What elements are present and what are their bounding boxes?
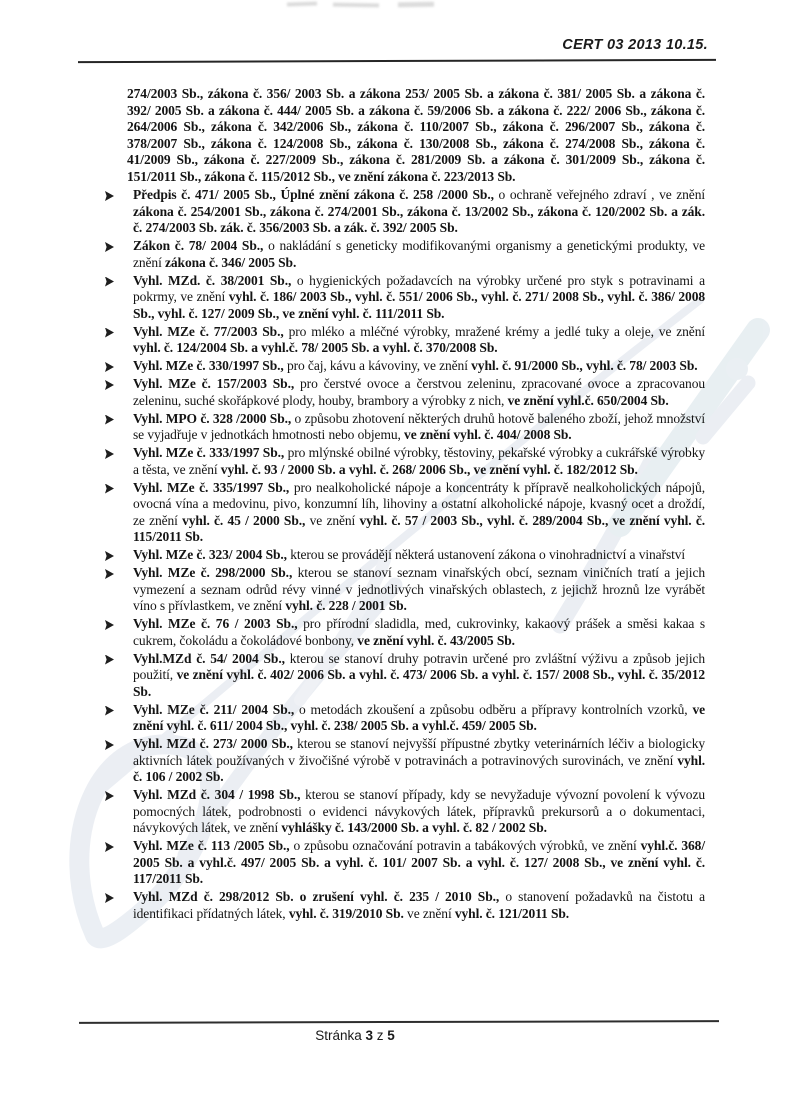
list-item: Vyhl. MZd č. 304 / 1998 Sb., kterou se s…: [127, 787, 705, 837]
list-item-text: Vyhl. MZe č. 335/1997 Sb., pro nealkohol…: [133, 480, 705, 545]
bullet-arrowhead-icon: [105, 551, 114, 561]
list-item: Předpis č. 471/ 2005 Sb., Úplné znění zá…: [127, 187, 705, 237]
list-item: Vyhl. MZe č. 333/1997 Sb., pro mlýnské o…: [127, 445, 705, 478]
list-item: Vyhl. MZe č. 113 /2005 Sb., o způsobu oz…: [127, 838, 705, 888]
list-item-text: Vyhl. MZe č. 76 / 2003 Sb., pro přírodní…: [133, 616, 705, 648]
bullet-arrowhead-icon: [105, 655, 114, 665]
footer-divider: [79, 1020, 719, 1024]
header-doc-code: CERT 03 2013 10.15.: [562, 37, 708, 53]
list-item-text: Vyhl. MZe č. 333/1997 Sb., pro mlýnské o…: [133, 445, 705, 477]
bullet-arrowhead-icon: [105, 380, 114, 390]
scan-artifact: [287, 1, 317, 6]
list-item: Vyhl. MZe č. 77/2003 Sb., pro mléko a ml…: [127, 324, 705, 357]
bullet-arrowhead-icon: [105, 191, 114, 201]
bullet-arrowhead-icon: [105, 706, 114, 716]
list-item: Vyhl. MZe č. 335/1997 Sb., pro nealkohol…: [127, 480, 705, 546]
intro-paragraph: 274/2003 Sb., zákona č. 356/ 2003 Sb. a …: [127, 86, 705, 185]
bullet-arrowhead-icon: [105, 242, 114, 252]
list-item-text: Vyhl. MZe č. 211/ 2004 Sb., o metodách z…: [133, 702, 705, 734]
list-item-text: Vyhl. MZe č. 77/2003 Sb., pro mléko a ml…: [133, 324, 705, 356]
list-item-text: Vyhl. MZe č. 157/2003 Sb., pro čerstvé o…: [133, 376, 705, 408]
list-item: Vyhl. MZd č. 273/ 2000 Sb., kterou se st…: [127, 736, 705, 786]
bullet-arrowhead-icon: [105, 328, 114, 338]
list-item-text: Zákon č. 78/ 2004 Sb., o nakládání s gen…: [133, 238, 705, 270]
bullet-arrowhead-icon: [105, 415, 114, 425]
list-item: Vyhl. MPO č. 328 /2000 Sb., o způsobu zh…: [127, 411, 705, 444]
list-item: Vyhl.MZd č. 54/ 2004 Sb., kterou se stan…: [127, 651, 705, 701]
list-item: Vyhl. MZe č. 323/ 2004 Sb., kterou se pr…: [127, 547, 705, 564]
bullet-arrowhead-icon: [105, 569, 114, 579]
list-item-text: Vyhl. MZe č. 113 /2005 Sb., o způsobu oz…: [133, 838, 705, 886]
list-item: Vyhl. MZe č. 298/2000 Sb., kterou se sta…: [127, 565, 705, 615]
list-item: Vyhl. MZe č. 211/ 2004 Sb., o metodách z…: [127, 702, 705, 735]
bullet-arrowhead-icon: [105, 449, 114, 459]
law-list: Předpis č. 471/ 2005 Sb., Úplné znění zá…: [127, 187, 705, 922]
list-item-text: Vyhl.MZd č. 54/ 2004 Sb., kterou se stan…: [133, 651, 705, 699]
header-divider: [78, 59, 716, 63]
list-item: Vyhl. MZe č. 76 / 2003 Sb., pro přírodní…: [127, 616, 705, 649]
list-item-text: Vyhl. MPO č. 328 /2000 Sb., o způsobu zh…: [133, 411, 705, 443]
bullet-arrowhead-icon: [105, 484, 114, 494]
list-item-text: Vyhl. MZe č. 330/1997 Sb., pro čaj, kávu…: [133, 358, 698, 373]
list-item-text: Předpis č. 471/ 2005 Sb., Úplné znění zá…: [133, 187, 705, 235]
bullet-arrowhead-icon: [105, 893, 114, 903]
list-item: Vyhl. MZe č. 157/2003 Sb., pro čerstvé o…: [127, 376, 705, 409]
list-item-text: Vyhl. MZe č. 298/2000 Sb., kterou se sta…: [133, 565, 705, 613]
list-item: Zákon č. 78/ 2004 Sb., o nakládání s gen…: [127, 238, 705, 271]
bullet-arrowhead-icon: [105, 277, 114, 287]
scan-artifact: [398, 2, 434, 8]
document-body: 274/2003 Sb., zákona č. 356/ 2003 Sb. a …: [127, 86, 705, 924]
list-item: Vyhl. MZe č. 330/1997 Sb., pro čaj, kávu…: [127, 358, 705, 375]
list-item-text: Vyhl. MZd č. 304 / 1998 Sb., kterou se s…: [133, 787, 705, 835]
list-item-text: Vyhl. MZd č. 298/2012 Sb. o zrušení vyhl…: [133, 889, 705, 921]
scan-artifact: [333, 3, 379, 8]
bullet-arrowhead-icon: [105, 620, 114, 630]
bullet-arrowhead-icon: [105, 842, 114, 852]
list-item-text: Vyhl. MZd. č. 38/2001 Sb., o hygienickýc…: [133, 273, 705, 321]
list-item-text: Vyhl. MZe č. 323/ 2004 Sb., kterou se pr…: [133, 547, 685, 562]
bullet-arrowhead-icon: [105, 362, 114, 372]
bullet-arrowhead-icon: [105, 791, 114, 801]
page-number: Stránka 3 z 5: [0, 1028, 710, 1043]
list-item: Vyhl. MZd. č. 38/2001 Sb., o hygienickýc…: [127, 273, 705, 323]
list-item: Vyhl. MZd č. 298/2012 Sb. o zrušení vyhl…: [127, 889, 705, 922]
bullet-arrowhead-icon: [105, 740, 114, 750]
scanned-document-page: CERT 03 2013 10.15. 274/2003 Sb., zákona…: [0, 0, 800, 1100]
list-item-text: Vyhl. MZd č. 273/ 2000 Sb., kterou se st…: [133, 736, 705, 784]
